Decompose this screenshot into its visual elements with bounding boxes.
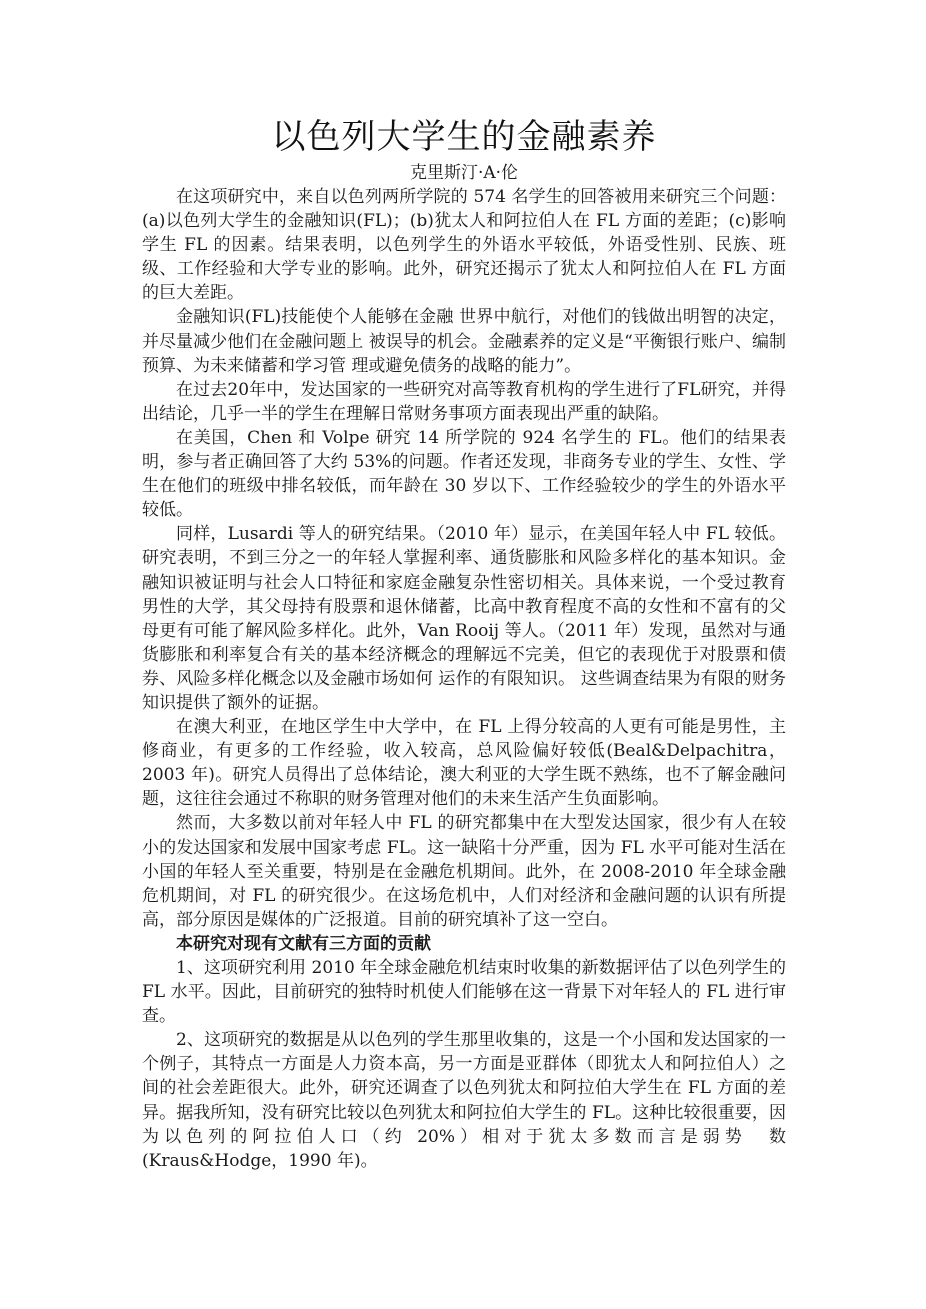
contribution-item: 1、这项研究利用 2010 年全球金融危机结束时收集的新数据评估了以色列学生的 … [142, 956, 786, 1028]
abstract-paragraph: 在这项研究中，来自以色列两所学院的 574 名学生的回答被用来研究三个问题：(a… [142, 185, 786, 305]
body-paragraph: 在美国，Chen 和 Volpe 研究 14 所学院的 924 名学生的 FL。… [142, 426, 786, 522]
section-heading: 本研究对现有文献有三方面的贡献 [142, 932, 786, 956]
body-paragraph: 金融知识(FL)技能使个人能够在金融 世界中航行，对他们的钱做出明智的决定，并尽… [142, 305, 786, 377]
document-author: 克里斯汀·A·伦 [142, 161, 786, 185]
body-paragraph: 同样，Lusardi 等人的研究结果。（2010 年）显示，在美国年轻人中 FL… [142, 522, 786, 715]
contribution-item: 2、这项研究的数据是从以色列的学生那里收集的，这是一个小国和发达国家的一个例子，… [142, 1028, 786, 1173]
body-paragraph: 在过去20年中，发达国家的一些研究对高等教育机构的学生进行了FL研究，并得出结论… [142, 378, 786, 426]
document-page: 以色列大学生的金融素养 克里斯汀·A·伦 在这项研究中，来自以色列两所学院的 5… [142, 113, 786, 1173]
document-title: 以色列大学生的金融素养 [142, 113, 786, 161]
body-paragraph: 在澳大利亚，在地区学生中大学中，在 FL 上得分较高的人更有可能是男性，主修商业… [142, 715, 786, 811]
body-paragraph: 然而，大多数以前对年轻人中 FL 的研究都集中在大型发达国家，很少有人在较小的发… [142, 811, 786, 931]
